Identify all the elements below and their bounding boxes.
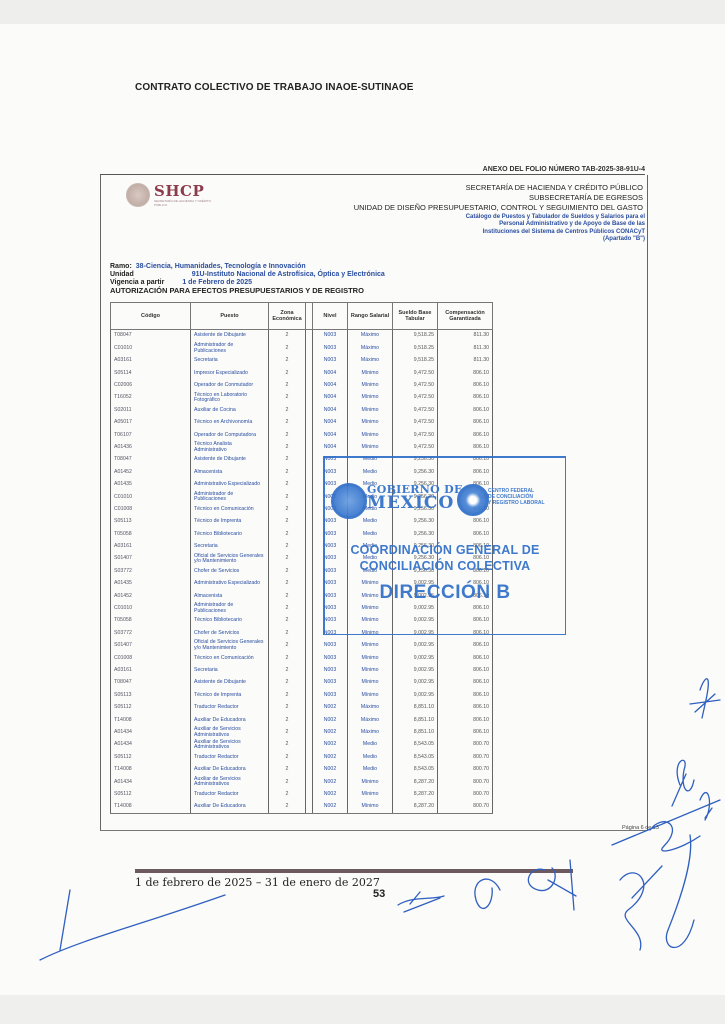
cell-codigo: T05058 [111,528,191,540]
table-row: T08047Asistente de Dibujante2N003Máximo9… [111,330,493,343]
footer-rule [135,869,573,873]
cell-compensacion: 806.10 [438,541,493,553]
cell-zona: 2 [269,404,306,416]
scan-edge [0,0,725,24]
cell-zona: 2 [269,491,306,503]
column-gap [306,417,313,429]
cell-compensacion: 806.10 [438,640,493,652]
cell-puesto: Oficial de Servicios Generales y/o Mante… [191,553,269,565]
table-row: T05058Técnico Bibliotecario2N003Medio9,2… [111,528,493,540]
cell-rango: Mínimo [348,603,393,615]
cell-codigo: A01452 [111,590,191,602]
cell-codigo: A01436 [111,442,191,454]
cell-rango: Mínimo [348,801,393,814]
cell-sueldo: 9,002.95 [393,590,438,602]
cell-codigo: A05017 [111,417,191,429]
column-gap [306,330,313,343]
header-compensacion: Compensación Garantizada [438,303,493,330]
header-nivel: Nivel [313,303,348,330]
cell-compensacion: 800.70 [438,764,493,776]
cell-nivel: N003 [313,627,348,639]
cell-nivel: N004 [313,417,348,429]
cell-rango: Mínimo [348,640,393,652]
cell-sueldo: 9,002.95 [393,615,438,627]
table-row: A01452Almacenista2N003Mínimo9,002.95806.… [111,590,493,602]
column-gap [306,590,313,602]
cell-sueldo: 9,518.25 [393,330,438,343]
ramo-label: Ramo: [110,263,132,271]
cell-nivel: N003 [313,355,348,367]
column-gap [306,677,313,689]
column-gap [306,503,313,515]
catalog-line: Catálogo de Puestos y Tabulador de Sueld… [466,214,645,221]
signature-icon [620,866,662,950]
footer-dates: 1 de febrero de 2025 – 31 de enero de 20… [135,876,380,889]
catalog-line: (Apartado "B") [466,236,645,243]
cell-compensacion: 806.10 [438,627,493,639]
table-row: S05112Traductor Redactor2N002Medio8,543.… [111,751,493,763]
column-gap [306,541,313,553]
column-gap [306,491,313,503]
table-row: C01008Técnico en Comunicación2N003Medio9… [111,503,493,515]
table-row: T16052Técnico en Laboratorio Fotográfico… [111,392,493,404]
cell-rango: Máximo [348,355,393,367]
column-gap [306,553,313,565]
table-header-row: Código Puesto Zona Económica Nivel Rango… [111,303,493,330]
cell-zona: 2 [269,355,306,367]
table-row: A03161Secretaria2N003Máximo9,518.25811.3… [111,355,493,367]
cell-compensacion: 811.30 [438,330,493,343]
cell-zona: 2 [269,541,306,553]
cell-nivel: N002 [313,714,348,726]
cell-sueldo: 8,287.20 [393,801,438,814]
header-sueldo: Sueldo Base Tabular [393,303,438,330]
cell-compensacion: 806.10 [438,603,493,615]
cell-codigo: C01010 [111,603,191,615]
cell-puesto: Secretaria [191,355,269,367]
cell-puesto: Técnico de Imprenta [191,516,269,528]
cell-compensacion: 800.70 [438,739,493,751]
cell-codigo: S03772 [111,627,191,639]
header-zona: Zona Económica [269,303,306,330]
cell-zona: 2 [269,627,306,639]
shcp-subtitle: SECRETARÍA DE HACIENDA Y CRÉDITO PÚBLICO [154,199,214,207]
signature-icon [528,860,576,910]
cell-nivel: N003 [313,466,348,478]
cell-zona: 2 [269,590,306,602]
column-gap [306,565,313,577]
cell-puesto: Asistente de Dibujante [191,330,269,343]
cell-codigo: A01452 [111,466,191,478]
cell-sueldo: 9,002.95 [393,627,438,639]
cell-zona: 2 [269,801,306,814]
signature-icon [398,892,444,912]
cell-rango: Mínimo [348,788,393,800]
agency-line-1: SECRETARÍA DE HACIENDA Y CRÉDITO PÚBLICO [354,183,643,193]
cell-puesto: Técnico de Imprenta [191,689,269,701]
cell-compensacion: 811.30 [438,342,493,354]
table-row: A01435Administrativo Especializado2N003M… [111,479,493,491]
cell-zona: 2 [269,764,306,776]
cell-codigo: A01434 [111,776,191,788]
cell-rango: Mínimo [348,677,393,689]
cell-codigo: T16052 [111,392,191,404]
cell-compensacion: 806.10 [438,615,493,627]
column-gap [306,727,313,739]
signature-icon [40,890,225,960]
cell-compensacion: 806.10 [438,565,493,577]
cell-sueldo: 9,002.95 [393,603,438,615]
cell-puesto: Administrador de Publicaciones [191,603,269,615]
cell-sueldo: 9,002.95 [393,677,438,689]
cell-compensacion: 806.10 [438,727,493,739]
cell-nivel: N003 [313,342,348,354]
scan-edge [0,995,725,1024]
cell-puesto: Oficial de Servicios Generales y/o Mante… [191,640,269,652]
cell-nivel: N003 [313,590,348,602]
table-row: S02011Auxiliar de Cocina2N004Mínimo9,472… [111,404,493,416]
cell-nivel: N003 [313,665,348,677]
column-gap [306,801,313,814]
table-row: S01407Oficial de Servicios Generales y/o… [111,640,493,652]
cell-codigo: C01010 [111,342,191,354]
cell-sueldo: 9,256.30 [393,516,438,528]
cell-compensacion: 806.10 [438,528,493,540]
cell-nivel: N004 [313,392,348,404]
table-row: T08047Asistente de Dibujante2N003Mínimo9… [111,677,493,689]
cell-compensacion: 806.10 [438,652,493,664]
cell-zona: 2 [269,553,306,565]
cell-puesto: Auxiliar de Cocina [191,404,269,416]
cell-nivel: N004 [313,367,348,379]
table-row: A01452Almacenista2N003Medio9,256.30806.1… [111,466,493,478]
cell-puesto: Auxiliar De Educadora [191,764,269,776]
table-row: T08047Asistente de Dibujante2N003Medio9,… [111,454,493,466]
cell-sueldo: 8,543.05 [393,751,438,763]
cell-rango: Máximo [348,330,393,343]
table-row: C01010Administrador de Publicaciones2N00… [111,342,493,354]
cell-compensacion: 806.10 [438,466,493,478]
cell-compensacion: 806.10 [438,454,493,466]
cell-sueldo: 8,287.20 [393,776,438,788]
cell-sueldo: 9,002.95 [393,652,438,664]
column-gap [306,714,313,726]
cell-sueldo: 9,256.30 [393,466,438,478]
cell-puesto: Administrador de Publicaciones [191,491,269,503]
table-row: A01434Auxiliar de Servicios Administrati… [111,739,493,751]
cell-compensacion: 806.10 [438,714,493,726]
cell-compensacion: 806.10 [438,442,493,454]
cell-puesto: Operador de Conmutador [191,380,269,392]
cell-zona: 2 [269,454,306,466]
cell-puesto: Almacenista [191,590,269,602]
cell-nivel: N003 [313,330,348,343]
cell-puesto: Auxiliar De Educadora [191,801,269,814]
cell-nivel: N002 [313,702,348,714]
cell-zona: 2 [269,528,306,540]
column-gap [306,392,313,404]
cell-rango: Medio [348,764,393,776]
cell-codigo: S05112 [111,788,191,800]
cell-nivel: N003 [313,565,348,577]
table-row: A01436Técnico Analista Administrativo2N0… [111,442,493,454]
cell-puesto: Traductor Redactor [191,702,269,714]
cell-nivel: N003 [313,454,348,466]
cell-compensacion: 806.10 [438,702,493,714]
cell-rango: Mínimo [348,442,393,454]
cell-rango: Mínimo [348,615,393,627]
column-gap [306,627,313,639]
column-gap [306,665,313,677]
column-gap [306,739,313,751]
cell-sueldo: 9,002.95 [393,578,438,590]
header-puesto: Puesto [191,303,269,330]
cell-compensacion: 806.10 [438,677,493,689]
cell-codigo: A01435 [111,479,191,491]
cell-rango: Medio [348,553,393,565]
cell-codigo: T05058 [111,615,191,627]
cell-sueldo: 8,287.20 [393,788,438,800]
cell-sueldo: 9,256.30 [393,565,438,577]
cell-rango: Medio [348,466,393,478]
cell-codigo: C02006 [111,380,191,392]
cell-sueldo: 9,256.30 [393,491,438,503]
cell-compensacion: 800.70 [438,776,493,788]
cell-sueldo: 9,256.30 [393,503,438,515]
cell-compensacion: 806.10 [438,689,493,701]
signature-icon [672,760,694,806]
cell-nivel: N002 [313,751,348,763]
catalog-line: Instituciones del Sistema de Centros Púb… [466,229,645,236]
column-gap [306,355,313,367]
header-rango: Rango Salarial [348,303,393,330]
cell-puesto: Traductor Redactor [191,751,269,763]
cell-rango: Máximo [348,714,393,726]
cell-puesto: Secretaria [191,665,269,677]
cell-compensacion: 806.10 [438,380,493,392]
cell-compensacion: 806.10 [438,479,493,491]
cell-zona: 2 [269,776,306,788]
cell-zona: 2 [269,417,306,429]
cell-compensacion: 811.30 [438,355,493,367]
national-emblem-icon [126,183,150,207]
cell-sueldo: 9,256.30 [393,541,438,553]
cell-rango: Mínimo [348,665,393,677]
cell-rango: Mínimo [348,590,393,602]
cell-codigo: S03772 [111,565,191,577]
cell-nivel: N003 [313,528,348,540]
cell-nivel: N003 [313,677,348,689]
cell-nivel: N003 [313,652,348,664]
cell-sueldo: 9,518.25 [393,342,438,354]
cell-rango: Máximo [348,727,393,739]
cell-rango: Medio [348,528,393,540]
cell-zona: 2 [269,429,306,441]
cell-codigo: T08047 [111,330,191,343]
cell-zona: 2 [269,788,306,800]
cell-sueldo: 9,256.30 [393,528,438,540]
table-row: S03772Chofer de Servicios2N003Medio9,256… [111,565,493,577]
catalog-title: Catálogo de Puestos y Tabulador de Sueld… [466,214,645,243]
cell-rango: Mínimo [348,689,393,701]
cell-rango: Mínimo [348,652,393,664]
column-gap [306,303,313,330]
running-header: CONTRATO COLECTIVO DE TRABAJO INAOE-SUTI… [135,82,413,93]
column-gap [306,528,313,540]
document-metadata: Ramo: 38-Ciencia, Humanidades, Tecnologí… [110,263,385,295]
cell-codigo: S01407 [111,553,191,565]
cell-codigo: A03161 [111,541,191,553]
cell-zona: 2 [269,442,306,454]
cell-nivel: N002 [313,739,348,751]
shcp-wordmark: SHCP [154,184,214,199]
column-gap [306,367,313,379]
column-gap [306,466,313,478]
cell-puesto: Técnico Bibliotecario [191,615,269,627]
cell-compensacion: 800.70 [438,751,493,763]
cell-puesto: Auxiliar de Servicios Administrativos [191,727,269,739]
cell-compensacion: 806.10 [438,392,493,404]
column-gap [306,578,313,590]
cell-zona: 2 [269,578,306,590]
cell-sueldo: 8,543.05 [393,739,438,751]
cell-sueldo: 8,851.10 [393,727,438,739]
cell-rango: Medio [348,454,393,466]
cell-zona: 2 [269,516,306,528]
cell-sueldo: 9,472.50 [393,380,438,392]
cell-puesto: Administrador de Publicaciones [191,342,269,354]
cell-compensacion: 806.10 [438,429,493,441]
cell-zona: 2 [269,702,306,714]
table-row: S03772Chofer de Servicios2N003Mínimo9,00… [111,627,493,639]
cell-nivel: N002 [313,776,348,788]
signature-icon [700,793,712,820]
cell-compensacion: 806.10 [438,367,493,379]
cell-nivel: N002 [313,788,348,800]
cell-rango: Mínimo [348,380,393,392]
cell-zona: 2 [269,665,306,677]
table-row: A03161Secretaria2N003Medio9,256.30806.10 [111,541,493,553]
footer-page-number: 53 [373,888,385,900]
cell-rango: Medio [348,565,393,577]
signature-icon [475,879,500,908]
cell-rango: Mínimo [348,367,393,379]
column-gap [306,689,313,701]
cell-sueldo: 9,472.50 [393,392,438,404]
cell-sueldo: 9,472.50 [393,417,438,429]
cell-nivel: N004 [313,429,348,441]
cell-sueldo: 9,256.30 [393,454,438,466]
signature-icon [690,679,720,718]
table-row: S05112Traductor Redactor2N002Máximo8,851… [111,702,493,714]
cell-codigo: S05113 [111,516,191,528]
cell-rango: Mínimo [348,392,393,404]
cell-rango: Mínimo [348,776,393,788]
column-gap [306,776,313,788]
column-gap [306,652,313,664]
cell-puesto: Asistente de Dibujante [191,677,269,689]
column-gap [306,764,313,776]
cell-nivel: N003 [313,578,348,590]
cell-rango: Medio [348,751,393,763]
cell-puesto: Impresor Especializado [191,367,269,379]
column-gap [306,479,313,491]
cell-puesto: Asistente de Dibujante [191,454,269,466]
column-gap [306,788,313,800]
cell-codigo: A03161 [111,355,191,367]
cell-compensacion: 806.10 [438,590,493,602]
table-row: C01010Administrador de Publicaciones2N00… [111,491,493,503]
cell-puesto: Técnico en Comunicación [191,503,269,515]
cell-codigo: T06107 [111,429,191,441]
cell-zona: 2 [269,640,306,652]
cell-codigo: A01434 [111,739,191,751]
cell-zona: 2 [269,615,306,627]
cell-codigo: A03161 [111,665,191,677]
cell-rango: Medio [348,739,393,751]
cell-codigo: C01008 [111,652,191,664]
shcp-logo: SHCP SECRETARÍA DE HACIENDA Y CRÉDITO PÚ… [126,183,214,207]
cell-nivel: N003 [313,603,348,615]
catalog-line: Personal Administrativo y de Apoyo de Ba… [466,221,645,228]
cell-nivel: N003 [313,491,348,503]
cell-codigo: C01010 [111,491,191,503]
cell-puesto: Chofer de Servicios [191,627,269,639]
agency-line-3: UNIDAD DE DISEÑO PRESUPUESTARIO, CONTROL… [354,203,643,213]
cell-codigo: T08047 [111,454,191,466]
cell-zona: 2 [269,652,306,664]
column-gap [306,702,313,714]
cell-zona: 2 [269,503,306,515]
cell-sueldo: 8,851.10 [393,702,438,714]
ramo-value: 38-Ciencia, Humanidades, Tecnología e In… [136,263,306,271]
cell-compensacion: 806.10 [438,516,493,528]
cell-puesto: Técnico en Archivonomía [191,417,269,429]
column-gap [306,516,313,528]
cell-codigo: S05113 [111,689,191,701]
column-gap [306,603,313,615]
table-row: A01435Administrativo Especializado2N003M… [111,578,493,590]
cell-rango: Mínimo [348,627,393,639]
cell-codigo: A01434 [111,727,191,739]
cell-zona: 2 [269,367,306,379]
cell-nivel: N003 [313,516,348,528]
cell-puesto: Auxiliar de Servicios Administrativos [191,776,269,788]
column-gap [306,640,313,652]
table-row: C01008Técnico en Comunicación2N003Mínimo… [111,652,493,664]
cell-puesto: Traductor Redactor [191,788,269,800]
table-row: T14008Auxiliar De Educadora2N002Máximo8,… [111,714,493,726]
cell-zona: 2 [269,479,306,491]
cell-rango: Mínimo [348,429,393,441]
cell-codigo: T14008 [111,714,191,726]
column-gap [306,615,313,627]
cell-sueldo: 9,518.25 [393,355,438,367]
cell-codigo: T14008 [111,764,191,776]
agency-header: SECRETARÍA DE HACIENDA Y CRÉDITO PÚBLICO… [354,183,643,213]
table-row: T14008Auxiliar De Educadora2N002Medio8,5… [111,764,493,776]
cell-sueldo: 9,472.50 [393,367,438,379]
cell-codigo: S01407 [111,640,191,652]
salary-table: Código Puesto Zona Económica Nivel Rango… [110,302,493,814]
cell-compensacion: 806.10 [438,503,493,515]
cell-codigo: S02011 [111,404,191,416]
cell-puesto: Auxiliar De Educadora [191,714,269,726]
cell-nivel: N003 [313,640,348,652]
cell-rango: Medio [348,491,393,503]
column-gap [306,429,313,441]
document-page: CONTRATO COLECTIVO DE TRABAJO INAOE-SUTI… [0,0,725,1024]
